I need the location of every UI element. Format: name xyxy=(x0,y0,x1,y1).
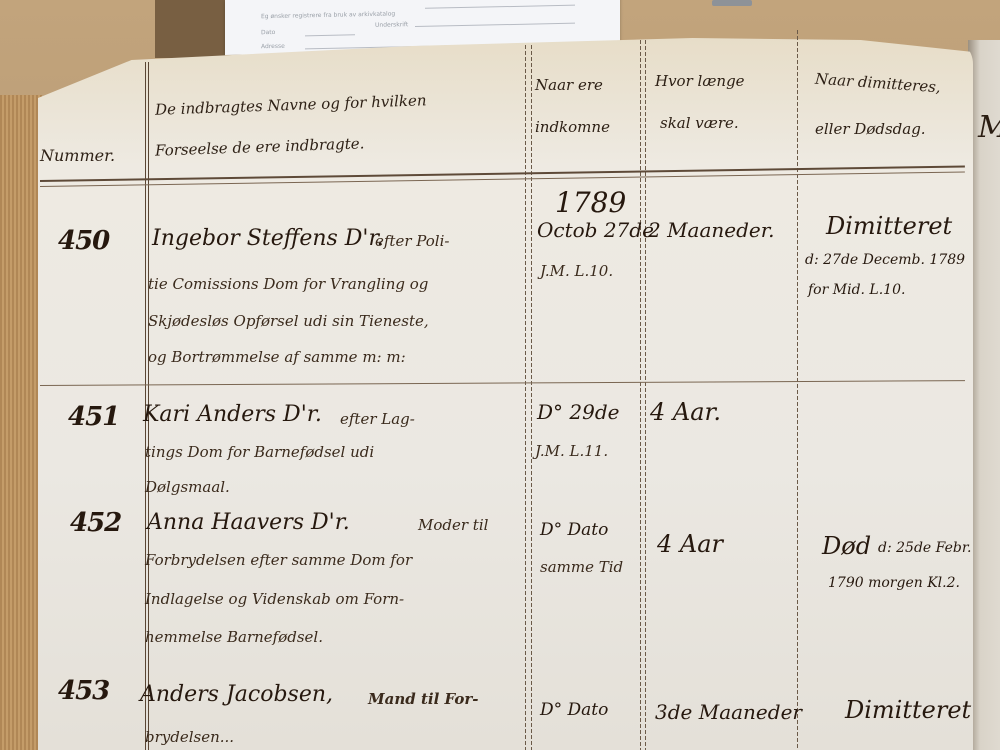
entry-duration: 4 Aar. xyxy=(650,398,721,426)
metal-clip xyxy=(712,0,752,6)
entry-arrived: D° 29de xyxy=(537,400,619,424)
slip-rule xyxy=(425,5,575,9)
column-rule xyxy=(640,40,641,750)
slip-rule xyxy=(415,23,575,27)
entry-number: 452 xyxy=(70,508,121,538)
entry-duration: 2 Maaneder. xyxy=(648,218,774,242)
entry-arrived: D° Dato xyxy=(540,520,608,540)
entry-text: og Bortrømmelse af samme m: m: xyxy=(148,348,406,366)
year-header: 1789 xyxy=(555,186,626,219)
entry-dismissed-date: d: 25de Febr. xyxy=(878,540,971,556)
entry-text: Mand til For- xyxy=(368,690,478,708)
shadow xyxy=(155,0,225,58)
entry-name: Anders Jacobsen, xyxy=(140,682,333,707)
header-arrived-line1: Naar ere xyxy=(535,76,603,94)
header-arrived-line2: indkomne xyxy=(535,118,610,136)
entry-arrived-ref: J.M. L.11. xyxy=(535,442,608,460)
entry-dismissed: Dimitteret xyxy=(826,212,952,240)
entry-text: Moder til xyxy=(418,516,488,534)
entry-text: Dølgsmaal. xyxy=(145,478,230,496)
entry-number: 451 xyxy=(68,402,119,432)
entry-text: Indlagelse og Videnskab om Forn- xyxy=(145,590,404,608)
entry-text: Skjødesløs Opførsel udi sin Tieneste, xyxy=(148,312,429,330)
entry-name: Ingebor Steffens D'r. xyxy=(152,226,384,251)
header-duration-line2: skal være. xyxy=(660,114,739,132)
entry-text: Forbrydelsen efter samme Dom for xyxy=(145,551,412,569)
entry-name: Kari Anders D'r. xyxy=(143,402,322,427)
entry-arrived-ref: J.M. L.10. xyxy=(540,262,613,280)
entry-dismissed: Dimitteret xyxy=(845,696,971,724)
entry-dismissed: Død xyxy=(822,532,871,560)
entry-arrived: D° Dato xyxy=(540,700,608,720)
entry-duration: 3de Maaneder xyxy=(655,700,802,724)
slip-label-address: Adresse xyxy=(261,43,285,51)
book-page-edges xyxy=(0,95,42,750)
slip-label-date: Dato xyxy=(261,29,275,37)
entry-arrived-ref: samme Tid xyxy=(540,558,623,576)
entry-text: tings Dom for Barnefødsel udi xyxy=(145,443,374,461)
entry-name: Anna Haavers D'r. xyxy=(147,510,350,535)
column-rule xyxy=(525,45,526,750)
entry-dismissed-ref: for Mid. L.10. xyxy=(808,282,905,298)
slip-label-signature: Underskrift xyxy=(375,21,408,30)
slip-rule xyxy=(305,34,355,36)
entry-duration: 4 Aar xyxy=(657,530,723,558)
header-duration-line1: Hvor længe xyxy=(655,72,745,90)
entry-dismissed-ref: 1790 morgen Kl.2. xyxy=(828,575,960,591)
slip-line-1: Eg ønsker registrere fra bruk av arkivka… xyxy=(261,10,395,21)
entry-text: brydelsen... xyxy=(145,728,234,746)
column-rule xyxy=(531,45,532,750)
entry-number: 450 xyxy=(58,226,109,256)
entry-text: efter Lag- xyxy=(340,410,415,428)
header-dismissed-line2: eller Dødsdag. xyxy=(815,120,926,138)
column-rule xyxy=(645,40,646,750)
entry-arrived: Octob 27de xyxy=(537,218,654,242)
header-number: Nummer. xyxy=(40,146,115,165)
facing-page-letter: M xyxy=(978,110,1000,145)
entry-text: hemmelse Barnefødsel. xyxy=(145,628,323,646)
entry-number: 453 xyxy=(58,676,109,706)
entry-text: tie Comissions Dom for Vrangling og xyxy=(148,275,428,293)
column-rule xyxy=(797,30,798,750)
entry-dismissed-date: d: 27de Decemb. 1789 xyxy=(805,252,965,268)
entry-text: efter Poli- xyxy=(375,232,449,250)
